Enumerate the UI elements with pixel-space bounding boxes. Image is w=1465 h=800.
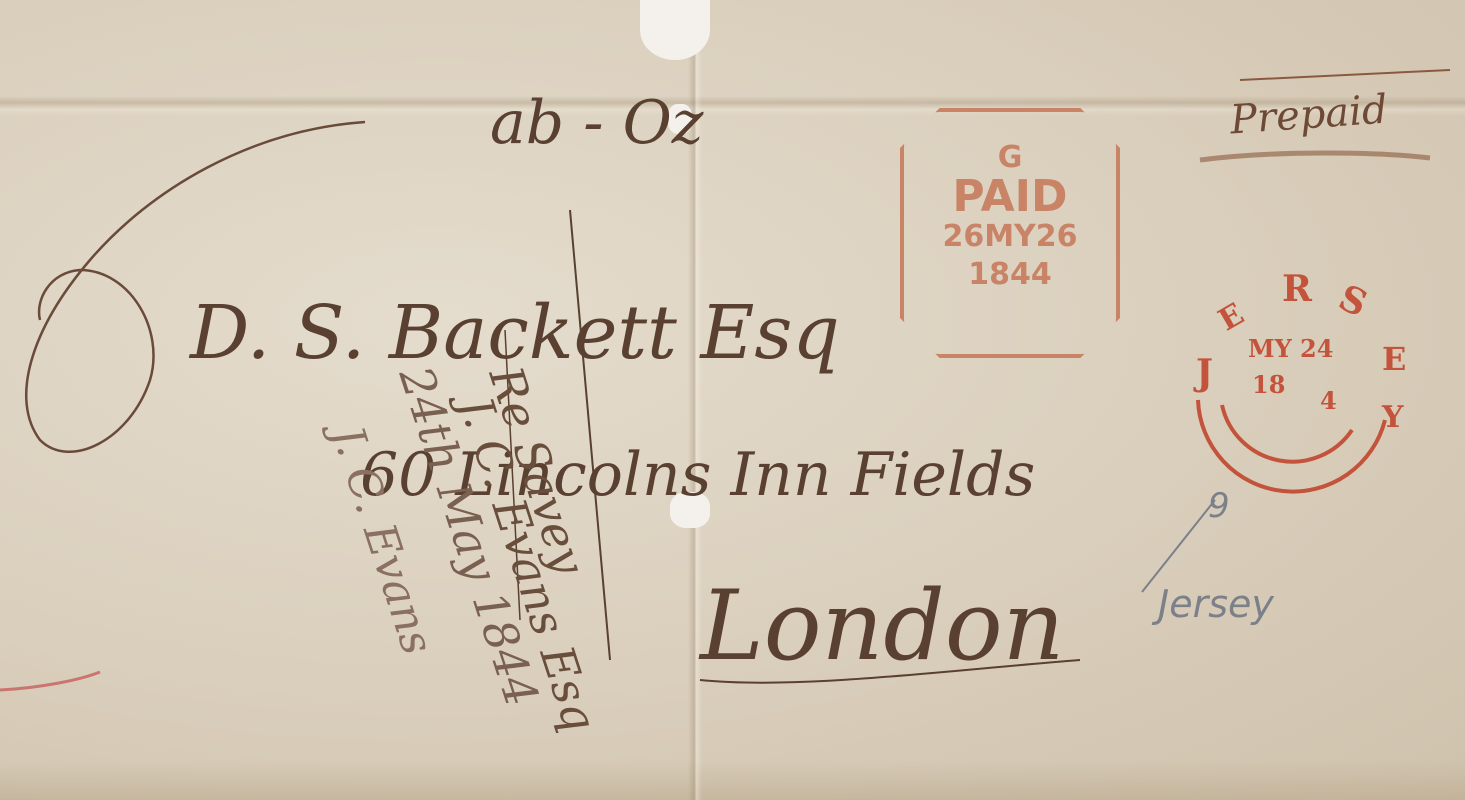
jersey-postmark: J E R S E Y MY 24 18 4 — [1190, 260, 1410, 490]
paid-postmark-date: 26MY26 — [904, 219, 1116, 255]
paid-postmark-paid: PAID — [904, 175, 1116, 219]
jersey-arc-e2: E — [1382, 340, 1406, 378]
jersey-postmark-year-a: 18 — [1252, 370, 1285, 399]
address-name: D. S. Backett Esq — [190, 290, 840, 376]
pencil-note-jersey: Jersey — [1158, 582, 1274, 626]
jersey-postmark-year-b: 4 — [1320, 386, 1337, 415]
weight-annotation: ab - Oz — [490, 88, 703, 158]
jersey-arc-s: S — [1332, 276, 1373, 325]
jersey-arc-r: R — [1282, 268, 1312, 310]
paid-postmark: G PAID 26MY26 1844 — [900, 108, 1120, 358]
paid-postmark-letter: G — [904, 140, 1116, 175]
jersey-arc-j: J — [1196, 352, 1213, 394]
jersey-postmark-date: MY 24 — [1248, 334, 1333, 363]
pencil-marker: 9 — [1208, 486, 1230, 526]
paid-postmark-year: 1844 — [904, 255, 1116, 295]
jersey-arc-e: E — [1213, 297, 1250, 339]
address-city: London — [700, 570, 1064, 682]
jersey-arc-y: Y — [1382, 400, 1403, 435]
postal-cover: ab - Oz Prepaid D. S. Backett Esq 60 Lin… — [0, 0, 1465, 800]
